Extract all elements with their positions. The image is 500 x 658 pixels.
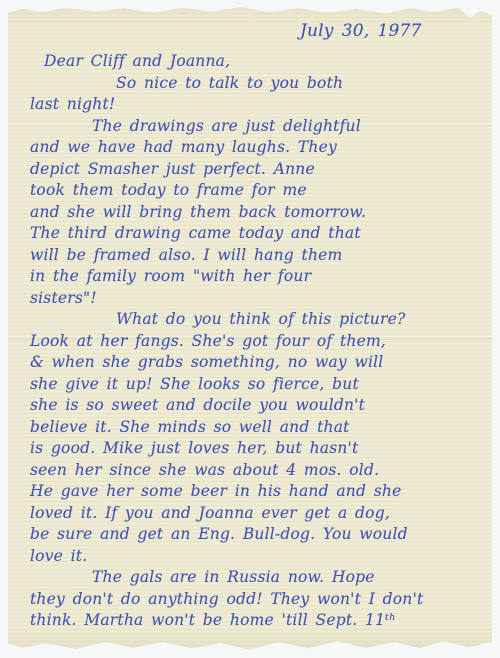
letter-line: The drawings are just delightful — [92, 116, 482, 138]
letter-line: think. Martha won't be home 'till Sept. … — [30, 610, 482, 632]
letter-line: they don't do anything odd! They won't I… — [30, 589, 482, 611]
letter-paper: July 30, 1977 Dear Cliff and Joanna, So … — [8, 5, 492, 651]
letter-scan: { "letter": { "date": "July 30, 1977", "… — [0, 0, 500, 658]
letter-line: Look at her fangs. She's got four of the… — [30, 331, 482, 353]
letter-salutation: Dear Cliff and Joanna, — [44, 51, 482, 73]
letter-line: seen her since she was about 4 mos. old. — [30, 460, 482, 482]
letter-line: will be framed also. I will hang them — [30, 245, 482, 267]
letter-line: The gals are in Russia now. Hope — [92, 567, 482, 589]
letter-lines: So nice to talk to you bothlast night!Th… — [30, 73, 482, 632]
letter-line: last night! — [30, 94, 482, 116]
letter-line: believe it. She minds so well and that — [30, 417, 482, 439]
letter-line: in the family room "with her four — [30, 266, 482, 288]
letter-body: Dear Cliff and Joanna, So nice to talk t… — [30, 51, 482, 632]
letter-date: July 30, 1977 — [300, 21, 422, 41]
letter-line: depict Smasher just perfect. Anne — [30, 159, 482, 181]
letter-line: The third drawing came today and that — [30, 223, 482, 245]
letter-line: she is so sweet and docile you wouldn't — [30, 395, 482, 417]
letter-line: loved it. If you and Joanna ever get a d… — [30, 503, 482, 525]
letter-line: and we have had many laughs. They — [30, 137, 482, 159]
letter-line: & when she grabs something, no way will — [30, 352, 482, 374]
letter-line: and she will bring them back tomorrow. — [30, 202, 482, 224]
letter-line: took them today to frame for me — [30, 180, 482, 202]
letter-line: He gave her some beer in his hand and sh… — [30, 481, 482, 503]
letter-line: So nice to talk to you both — [116, 73, 482, 95]
letter-line: she give it up! She looks so fierce, but — [30, 374, 482, 396]
letter-line: is good. Mike just loves her, but hasn't — [30, 438, 482, 460]
letter-line: be sure and get an Eng. Bull-dog. You wo… — [30, 524, 482, 546]
letter-line: love it. — [30, 546, 482, 568]
letter-line: sisters"! — [30, 288, 482, 310]
letter-line: What do you think of this picture? — [116, 309, 482, 331]
